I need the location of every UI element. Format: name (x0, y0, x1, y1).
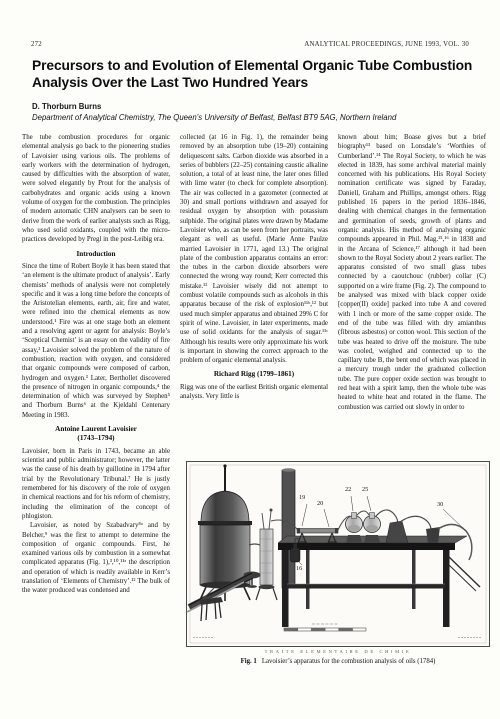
lavoisier-paragraph-3: collected (at 16 in Fig. 1), the remaind… (180, 133, 328, 365)
author-affiliation: Department of Analytical Chemistry, The … (32, 113, 396, 122)
figure-plate: 19 20 22 25 30 16 (186, 461, 490, 647)
running-head: 272 ANALYTICAL PROCEEDINGS, JUNE 1993, V… (31, 41, 469, 48)
section-heading-lavoisier: Antoine Laurent Lavoisier (1743–1794) (22, 425, 170, 444)
journal-page: 272 ANALYTICAL PROCEEDINGS, JUNE 1993, V… (0, 0, 500, 719)
lavoisier-paragraph-2: Lavoisier, as noted by Szabadvary⁸ᵃ and … (22, 521, 170, 595)
rigg-paragraph-2: known about him; Boase gives but a brief… (338, 133, 486, 412)
figure-caption: Fig. 1Lavoisier’s apparatus for the comb… (186, 658, 490, 665)
figure-caption-text: Lavoisier’s apparatus for the combustion… (262, 658, 436, 665)
figure-number: Fig. 1 (241, 658, 257, 665)
page-number: 272 (31, 41, 42, 48)
figure-label-25: 25 (362, 486, 368, 493)
lavoisier-paragraph-1: Lavoisier, born in Paris in 1743, became… (22, 447, 170, 521)
article-title: Precursors to and Evolution of Elemental… (32, 58, 474, 91)
text-column-2: collected (at 16 in Fig. 1), the remaind… (180, 133, 328, 460)
rigg-paragraph-1: Rigg was one of the earliest British org… (180, 383, 328, 402)
lavoisier-apparatus-engraving (186, 461, 490, 647)
text-column-3: known about him; Boase gives but a brief… (338, 133, 486, 459)
abstract-paragraph: The tube combustion procedures for organ… (22, 133, 170, 245)
text-column-1: The tube combustion procedures for organ… (22, 133, 170, 668)
section-heading-introduction: Introduction (22, 250, 170, 259)
figure-label-20: 20 (317, 500, 323, 507)
introduction-paragraph: Since the time of Robert Boyle it has be… (22, 262, 170, 420)
figure-label-22: 22 (345, 486, 351, 493)
author-name: D. Thorburn Burns (32, 102, 101, 111)
section-heading-rigg: Richard Rigg (1799–1861) (180, 370, 328, 379)
figure-label-16: 16 (296, 565, 302, 572)
figure-label-19: 19 (299, 494, 305, 501)
journal-title: ANALYTICAL PROCEEDINGS, JUNE 1993, VOL. … (304, 41, 469, 48)
figure-label-30: 30 (437, 501, 443, 508)
figure-1: 19 20 22 25 30 16 TRAITE ELEMENTAIRE DE … (186, 461, 490, 665)
plate-title: TRAITE ELEMENTAIRE DE CHIMIE (186, 649, 490, 654)
